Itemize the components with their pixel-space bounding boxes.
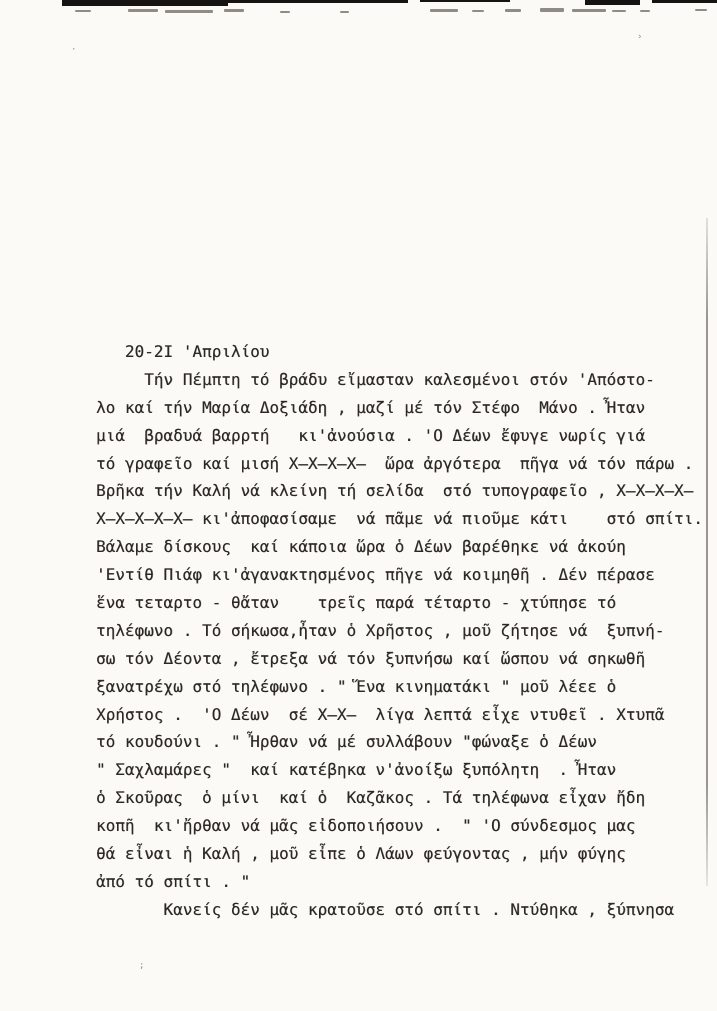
scanned-page: · › ; 20-2Ι 'Απριλίου Τήν Πέμπτη τό βράδ…	[0, 0, 717, 1011]
remnant-dash	[505, 9, 521, 12]
text-line: μιά βραδυά βαρρτή κι'ἀνούσια . 'Ο Δέων ἔ…	[96, 422, 696, 450]
text-line: ὁ Σκοῦρας ὁ μίνι καί ὁ Καζᾶκος . Τά τηλέ…	[96, 784, 696, 812]
remnant-dash	[472, 10, 484, 12]
text-line: ξανατρέχω στό τηλέφωνο . " Ἕνα κινηματάκ…	[96, 673, 696, 701]
remnant-dash	[540, 8, 564, 12]
typewritten-text: 20-2Ι 'Απριλίου Τήν Πέμπτη τό βράδυ εἴμα…	[96, 338, 696, 924]
stray-mark: ›	[637, 33, 642, 42]
top-bar-segment	[228, 0, 408, 3]
remnant-dash	[75, 10, 91, 12]
text-line: λο καί τήν Μαρία Δοξιάδη , μαζί μέ τόν Σ…	[96, 394, 696, 422]
text-line: Χ̶Χ̶Χ̶Χ̶Χ̶ κι'ἀποφασίσαμε νά πᾶμε νά πιο…	[96, 505, 696, 533]
text-line: Κανείς δέν μᾶς κρατοῦσε στό σπίτι . Ντύθ…	[96, 896, 696, 924]
text-line: τηλέφωνο . Τό σήκωσα,ἦταν ὁ Χρῆστος , μο…	[96, 617, 696, 645]
text-line: σω τόν Δέοντα , ἔτρεξα νά τόν ξυπνήσω κα…	[96, 645, 696, 673]
remnant-dash	[224, 9, 244, 12]
top-bar-segment	[420, 0, 510, 2]
top-bar-segment	[585, 0, 640, 5]
remnant-dash	[128, 9, 158, 12]
remnant-dash	[280, 11, 290, 13]
text-line: 20-2Ι 'Απριλίου	[96, 338, 696, 366]
remnant-dash	[165, 10, 213, 13]
remnant-dash	[430, 9, 458, 12]
remnant-dash	[695, 9, 707, 11]
page-edge-line	[706, 218, 708, 886]
text-line: 'Εντίθ Πιάφ κι'ἀγανακτησμένος πῆγε νά κο…	[96, 561, 696, 589]
top-bar-segment	[62, 0, 228, 6]
remnant-dash	[340, 11, 349, 13]
text-line: " Σαχλαμάρες " καί κατέβηκα ν'ἀνοίξω ξυπ…	[96, 756, 696, 784]
remnant-dash	[640, 10, 650, 12]
remnant-dash	[572, 9, 606, 12]
text-line: ἀπό τό σπίτι . "	[96, 868, 696, 896]
text-line: Τήν Πέμπτη τό βράδυ εἴμασταν καλεσμένοι …	[96, 366, 696, 394]
text-line: Χρήστος . 'Ο Δέων σέ Χ̶Χ̶ λίγα λεπτά εἶχ…	[96, 701, 696, 729]
text-line: τό γραφεῖο καί μισή Χ̶Χ̶Χ̶Χ̶ ὥρα ἀργότερ…	[96, 450, 696, 478]
text-line: ἕνα τεταρτο - θἄταν τρεῖς παρά τέταρτο -…	[96, 589, 696, 617]
text-line: θά εἶναι ἡ Καλή , μοῦ εἶπε ὁ Λάων φεύγον…	[96, 840, 696, 868]
text-line: τό κουδούνι . " Ἦρθαν νά μέ συλλάβουν "φ…	[96, 728, 696, 756]
stray-mark: ;	[139, 962, 144, 971]
text-line: κοπῆ κι'ἤρθαν νά μᾶς εἰδοποιήσουν . " 'Ο…	[96, 812, 696, 840]
top-bar-segment	[652, 0, 717, 3]
stray-mark: ·	[71, 46, 76, 55]
text-line: Βρῆκα τήν Καλή νά κλείνη τή σελίδα στό τ…	[96, 477, 696, 505]
text-line: Βάλαμε δίσκους καί κάποια ὥρα ὁ Δέων βαρ…	[96, 533, 696, 561]
remnant-dash	[612, 10, 626, 12]
